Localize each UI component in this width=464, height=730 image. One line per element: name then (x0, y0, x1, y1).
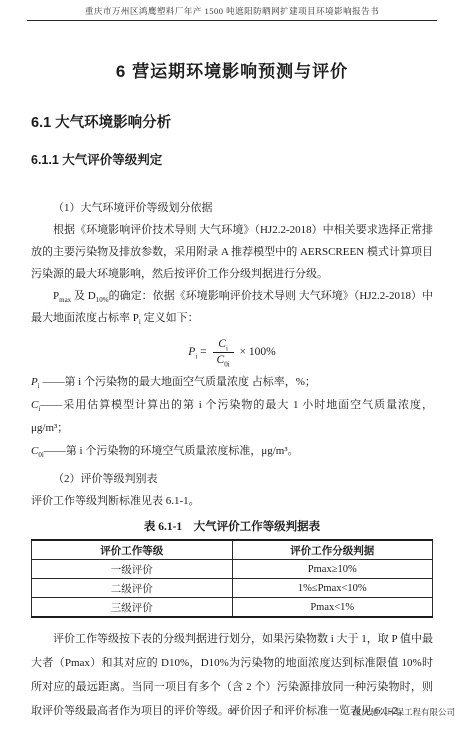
definition-text: ——第 i 个污染物的环境空气质量浓度标准，μg/m³。 (44, 445, 299, 457)
grading-criteria-table: 评价工作等级 评价工作分级判据 一级评价 Pmax≥10% 二级评价 1%≤Pm… (31, 539, 433, 618)
section-heading-6-1-1: 6.1.1 大气评价等级判定 (31, 151, 433, 169)
section-heading-6-1: 6.1 大气环境影响分析 (31, 113, 433, 133)
definition-Pi: Pi ——第 i 个污染物的最大地面空气质量浓度 占标率，%； (31, 371, 433, 394)
table-row: 一级评价 Pmax≥10% (32, 560, 433, 579)
definition-C0i: C0i——第 i 个污染物的环境空气质量浓度标准，μg/m³。 (31, 440, 433, 463)
cell-criterion-2: 1%≤Pmax<10% (232, 579, 433, 598)
table-header-row: 评价工作等级 评价工作分级判据 (32, 540, 433, 560)
paragraph-basis: 根据《环境影响评价技术导则 大气环境》（HJ2.2-2018）中相关要求选择正常… (31, 219, 433, 285)
fraction: Ci C0i (213, 337, 234, 367)
math-expression: Pi = Ci C0i × 100% (188, 346, 275, 358)
cell-criterion-1: Pmax≥10% (232, 560, 433, 579)
definition-Ci: Ci——采用估算模型计算出的第 i 个污染物的最大 1 小时地面空气质量浓度，μ… (31, 394, 433, 440)
page-footer: 86 重庆驰久环保工程有限公司 (0, 706, 464, 720)
text-run: 及 D (71, 290, 96, 302)
fraction-denominator: C0i (213, 353, 234, 367)
table-caption: 表 6.1-1 大气评价工作等级判据表 (31, 518, 433, 536)
column-header-grade: 评价工作等级 (32, 540, 233, 560)
subscript-max: max (59, 296, 71, 304)
subscript-i: i (226, 345, 228, 353)
page-header: 重庆市万州区鸿鹰塑料厂年产 1500 吨遮阳防晒网扩建项目环境影响报告书 (0, 0, 464, 17)
definition-text: ——采用估算模型计算出的第 i 个污染物的最大 1 小时地面空气质量浓度，μg/… (31, 399, 433, 434)
company-name: 重庆驰久环保工程有限公司 (353, 706, 455, 718)
report-title-header: 重庆市万州区鸿鹰塑料厂年产 1500 吨遮阳防晒网扩建项目环境影响报告书 (85, 6, 379, 16)
equals-sign: = (200, 346, 207, 358)
cell-grade-1: 一级评价 (32, 560, 233, 579)
times-100-percent: × 100% (240, 346, 276, 358)
var-P: P (31, 376, 38, 388)
cell-criterion-3: Pmax<1% (232, 598, 433, 618)
list-item-2: （2）评价等级判别表 (31, 468, 433, 490)
fraction-numerator: Ci (213, 337, 234, 352)
chapter-title: 6 营运期环境影响预测与评价 (31, 59, 433, 85)
subscript-0i: 0i (224, 360, 229, 368)
cell-grade-2: 二级评价 (32, 579, 233, 598)
paragraph-table-ref: 评价工作等级判断标准见表 6.1-1。 (31, 490, 433, 512)
subscript-10pct: 10% (96, 296, 109, 304)
definition-text: ——第 i 个污染物的最大地面空气质量浓度 占标率，%； (40, 376, 316, 388)
paragraph-pmax-definition: Pmax 及 D10%的确定：依据《环境影响评价技术导则 大气环境》（HJ2.2… (31, 285, 433, 329)
var-C: C (218, 338, 226, 350)
subscript-i: i (195, 352, 197, 360)
header-divider (27, 20, 437, 21)
cell-grade-3: 三级评价 (32, 598, 233, 618)
document-page: 重庆市万州区鸿鹰塑料厂年产 1500 吨遮阳防晒网扩建项目环境影响报告书 6 营… (0, 0, 464, 730)
page-content: 6 营运期环境影响预测与评价 6.1 大气环境影响分析 6.1.1 大气评价等级… (31, 59, 433, 723)
table-row: 二级评价 1%≤Pmax<10% (32, 579, 433, 598)
formula-occupancy-rate: Pi = Ci C0i × 100% (31, 333, 433, 371)
text-run: 定义如下： (141, 312, 199, 324)
list-item-1: （1）大气环境评价等级划分依据 (31, 197, 433, 219)
column-header-criterion: 评价工作分级判据 (232, 540, 433, 560)
table-row: 三级评价 Pmax<1% (32, 598, 433, 618)
